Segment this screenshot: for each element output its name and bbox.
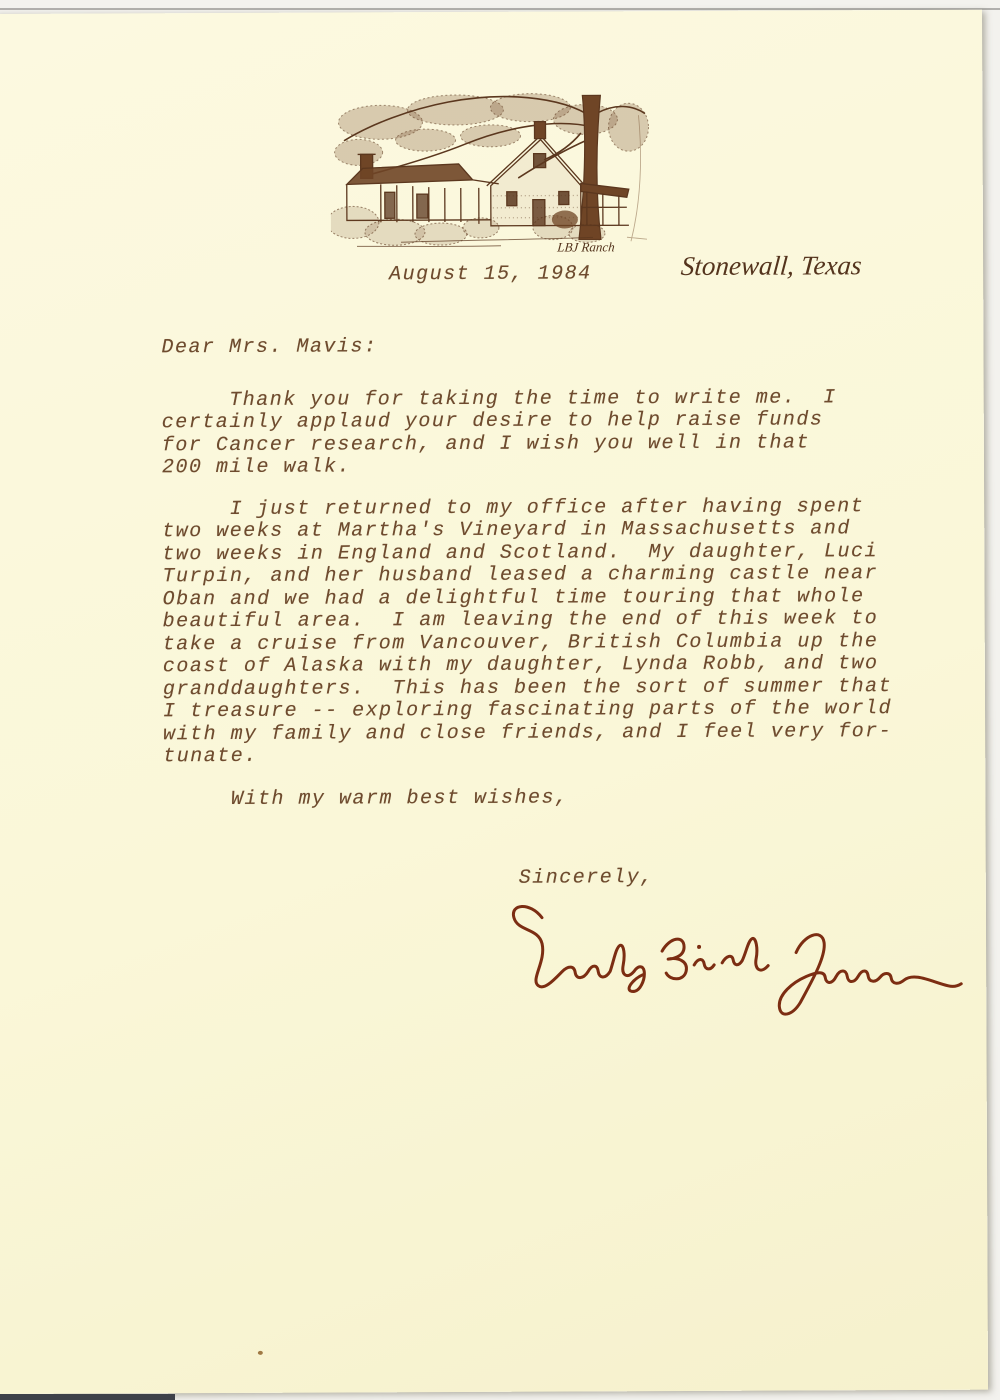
letter-paper: lbj-ranch-house-sketch-illustration <box>0 10 988 1394</box>
letter-paragraph-3: With my warm best wishes, <box>163 785 953 811</box>
lbj-ranch-illustration: lbj-ranch-house-sketch-illustration <box>330 87 651 248</box>
letter-paragraph-1: Thank you for taking the time to write m… <box>162 386 952 479</box>
letter-body: Dear Mrs. Mavis: Thank you for taking th… <box>161 334 953 811</box>
closing: Sincerely, <box>519 867 654 890</box>
signature: Lady Bird Johnson <box>486 894 967 1026</box>
scan-edge-dark <box>0 1394 175 1400</box>
illustration-caption: LBJ Ranch <box>530 239 641 255</box>
salutation: Dear Mrs. Mavis: <box>161 334 951 360</box>
ink-speck <box>258 1351 263 1355</box>
letterhead-place: Stonewall, Texas <box>680 250 863 282</box>
letter-date: August 15, 1984 <box>389 263 592 286</box>
scanned-letter-background: lbj-ranch-house-sketch-illustration <box>0 0 1000 1400</box>
letter-paragraph-2: I just returned to my office after havin… <box>162 495 953 768</box>
